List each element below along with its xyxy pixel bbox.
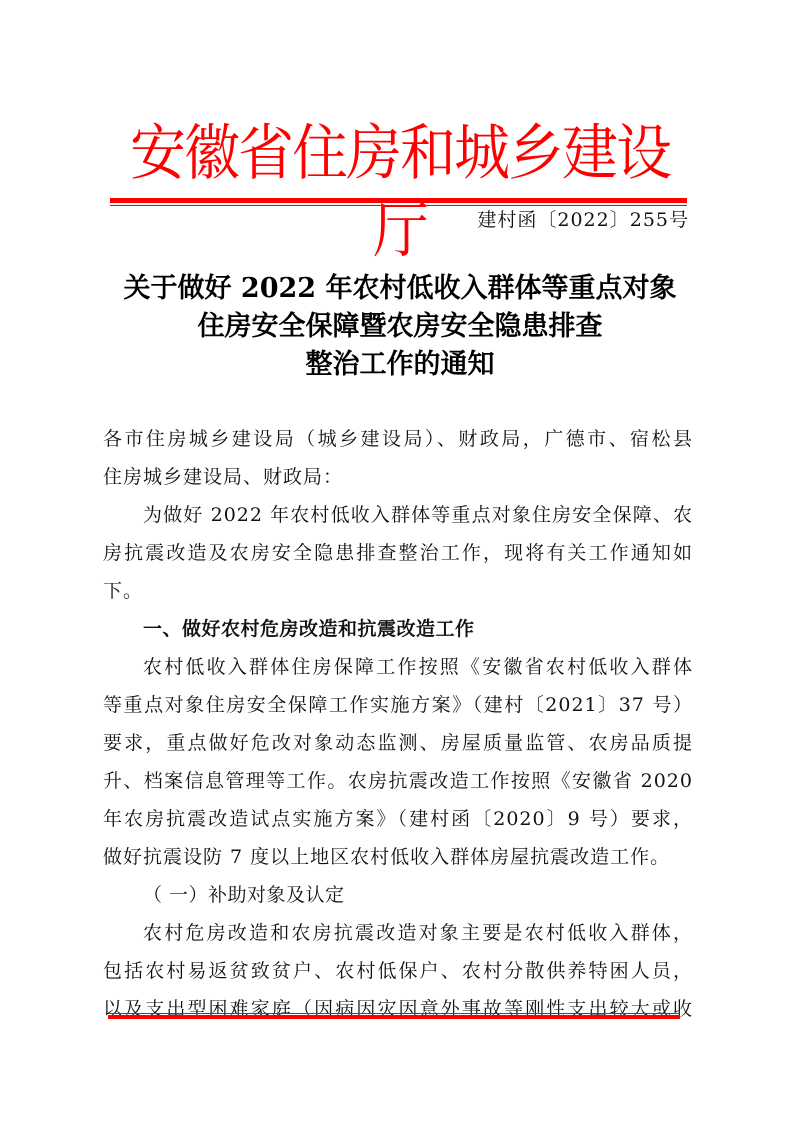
paragraph-line: 做好抗震设防 7 度以上地区农村低收入群体房屋抗震改造工作。	[103, 838, 693, 876]
footer-red-rule-thin	[108, 1013, 680, 1014]
document-number: 建村函〔2022〕255号	[477, 205, 689, 235]
title-line: 整治工作的通知	[90, 346, 710, 384]
document-body: 各市住房城乡建设局（城乡建设局）、财政局，广德市、宿松县 住房城乡建设局、财政局…	[103, 420, 693, 1028]
paragraph-line: 要求，重点做好危改对象动态监测、房屋质量监管、农房品质提	[103, 724, 693, 762]
document-page: 安徽省住房和城乡建设厅 建村函〔2022〕255号 关于做好 2022 年农村低…	[0, 0, 793, 1122]
paragraph-line: 升、档案信息管理等工作。农房抗震改造工作按照《安徽省 2020	[103, 762, 693, 800]
paragraph-line: 包括农村易返贫致贫户、农村低保户、农村分散供养特困人员，	[103, 952, 693, 990]
title-line: 关于做好 2022 年农村低收入群体等重点对象	[90, 270, 710, 308]
paragraph-line: 等重点对象住房安全保障工作实施方案》（建村〔2021〕37 号）	[103, 686, 693, 724]
subsection-heading: （ 一）补助对象及认定	[103, 876, 693, 914]
paragraph-line: 以及支出型困难家庭（因病因灾因意外事故等刚性支出较大或收	[103, 990, 693, 1028]
paragraph-line: 年农房抗震改造试点实施方案》（建村函〔2020〕9 号）要求，	[103, 800, 693, 838]
document-title: 关于做好 2022 年农村低收入群体等重点对象 住房安全保障暨农房安全隐患排查 …	[90, 270, 710, 384]
agency-masthead: 安徽省住房和城乡建设厅	[110, 115, 690, 193]
intro-line: 为做好 2022 年农村低收入群体等重点对象住房安全保障、农	[103, 496, 693, 534]
addressee-line: 各市住房城乡建设局（城乡建设局）、财政局，广德市、宿松县	[103, 420, 693, 458]
title-line: 住房安全保障暨农房安全隐患排查	[90, 308, 710, 346]
paragraph-line: 农村低收入群体住房保障工作按照《安徽省农村低收入群体	[103, 648, 693, 686]
intro-line: 下。	[103, 572, 693, 610]
addressee-line: 住房城乡建设局、财政局：	[103, 458, 693, 496]
intro-line: 房抗震改造及农房安全隐患排查整治工作，现将有关工作通知如	[103, 534, 693, 572]
footer-red-rule-thick	[108, 1015, 680, 1019]
masthead-red-rule-thick	[110, 198, 687, 203]
paragraph-line: 农村危房改造和农房抗震改造对象主要是农村低收入群体，	[103, 914, 693, 952]
section-heading: 一、做好农村危房改造和抗震改造工作	[103, 610, 693, 648]
